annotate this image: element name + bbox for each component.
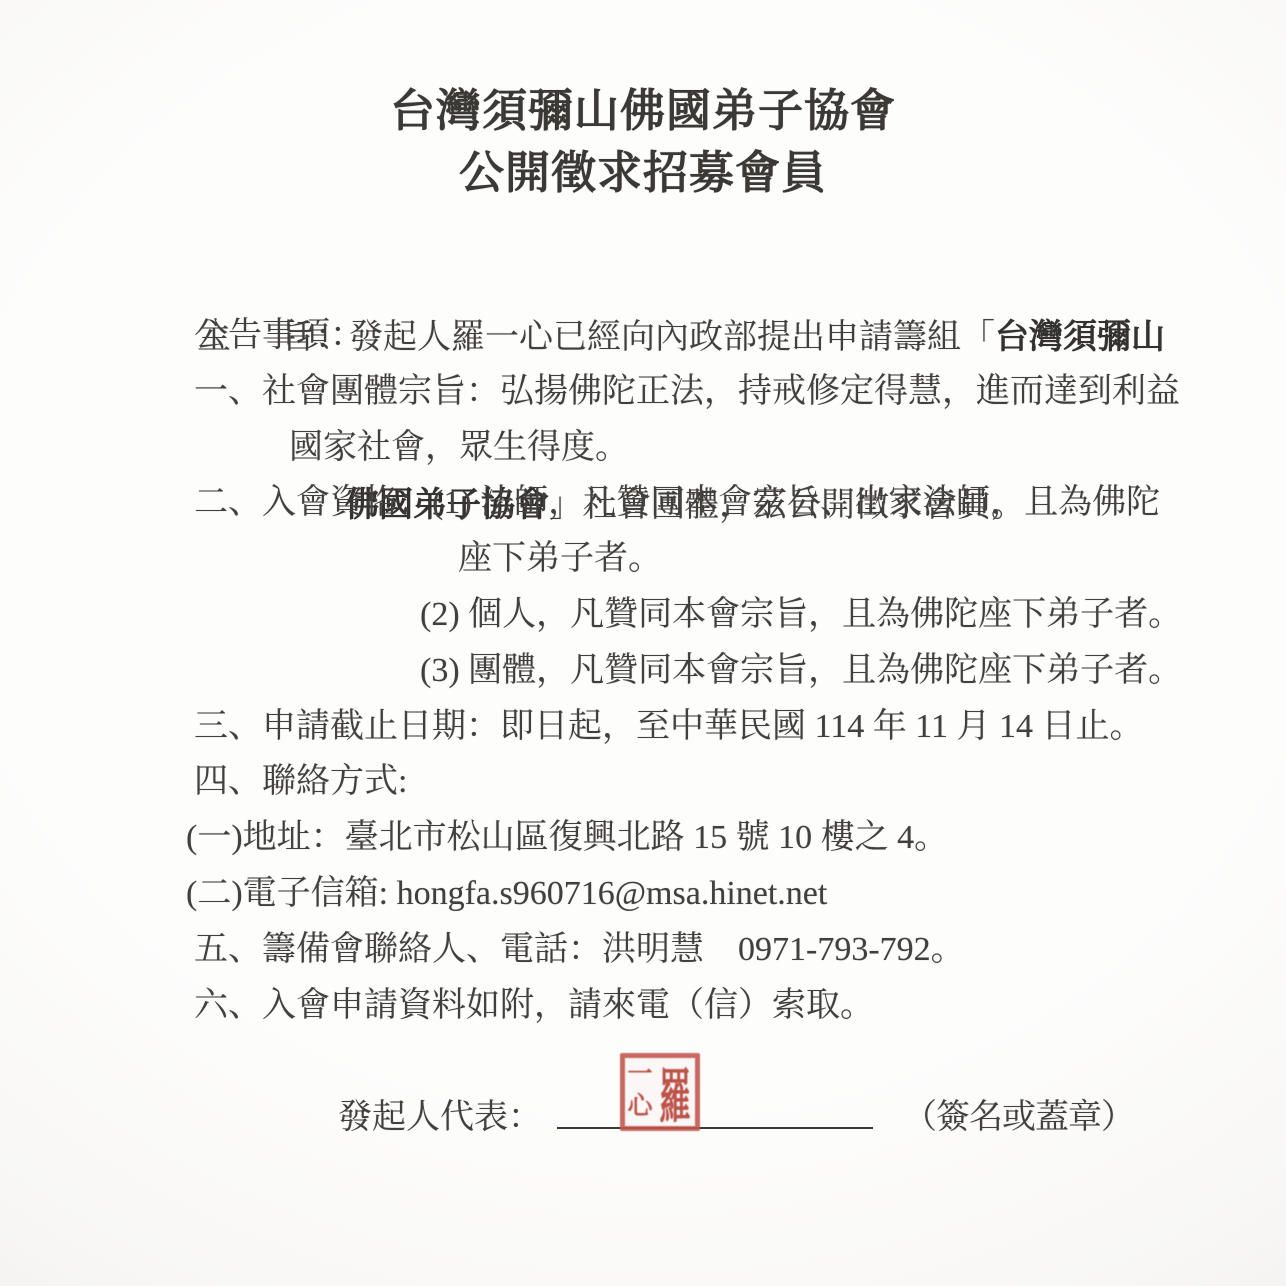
item-2-sub-2: (2) 個人，凡贊同本會宗旨，且為佛陀座下弟子者。 xyxy=(186,587,1216,643)
notice-header: 公告事項： xyxy=(186,308,1216,364)
signature-note: （簽名或蓋章） xyxy=(903,1089,1134,1138)
signature-label: 發起人代表： xyxy=(338,1089,542,1138)
item-1-continuation: 國家社會，眾生得度。 xyxy=(186,420,1216,476)
announcement-body: 公告事項： 一、社會團體宗旨：弘揚佛陀正法，持戒修定得慧，進而達到利益 國家社會… xyxy=(186,308,1216,1033)
seal-character-left-top: 一 xyxy=(625,1060,655,1090)
name-seal-stamp: 羅 一 心 xyxy=(620,1053,700,1131)
item-2-continuation: 座下弟子者。 xyxy=(186,531,1216,587)
signature-underline xyxy=(557,1127,873,1129)
item-4-contact: 四、聯絡方式: xyxy=(186,754,1216,810)
item-4-email: (二)電子信箱: hongfa.s960716@msa.hinet.net xyxy=(186,866,1216,922)
item-1-purpose: 一、社會團體宗旨：弘揚佛陀正法，持戒修定得慧，進而達到利益 xyxy=(186,364,1216,420)
document-page: 台灣須彌山佛國弟子協會 公開徵求招募會員 主旨：發起人羅一心已經向內政部提出申請… xyxy=(0,0,1286,1286)
seal-character-right: 羅 xyxy=(659,1043,691,1142)
document-title-line-1: 台灣須彌山佛國弟子協會 xyxy=(0,74,1286,139)
item-2-sub-3: (3) 團體，凡贊同本會宗旨，且為佛陀座下弟子者。 xyxy=(186,643,1216,699)
item-5-contact-person: 五、籌備會聯絡人、電話：洪明慧 0971-793-792。 xyxy=(186,922,1216,978)
item-4-address: (一)地址：臺北市松山區復興北路 15 號 10 樓之 4。 xyxy=(186,810,1216,866)
seal-column-left: 一 心 xyxy=(625,1058,655,1126)
item-3-deadline: 三、申請截止日期：即日起，至中華民國 114 年 11 月 14 日止。 xyxy=(186,699,1216,755)
item-2-eligibility: 二、入會資格：(1) 法師，凡贊同本會宗旨、出家法師，且為佛陀 xyxy=(186,475,1216,531)
seal-character-left-bottom: 心 xyxy=(625,1092,655,1122)
document-title-line-2: 公開徵求招募會員 xyxy=(0,136,1286,201)
item-6-application: 六、入會申請資料如附，請來電（信）索取。 xyxy=(186,978,1216,1034)
